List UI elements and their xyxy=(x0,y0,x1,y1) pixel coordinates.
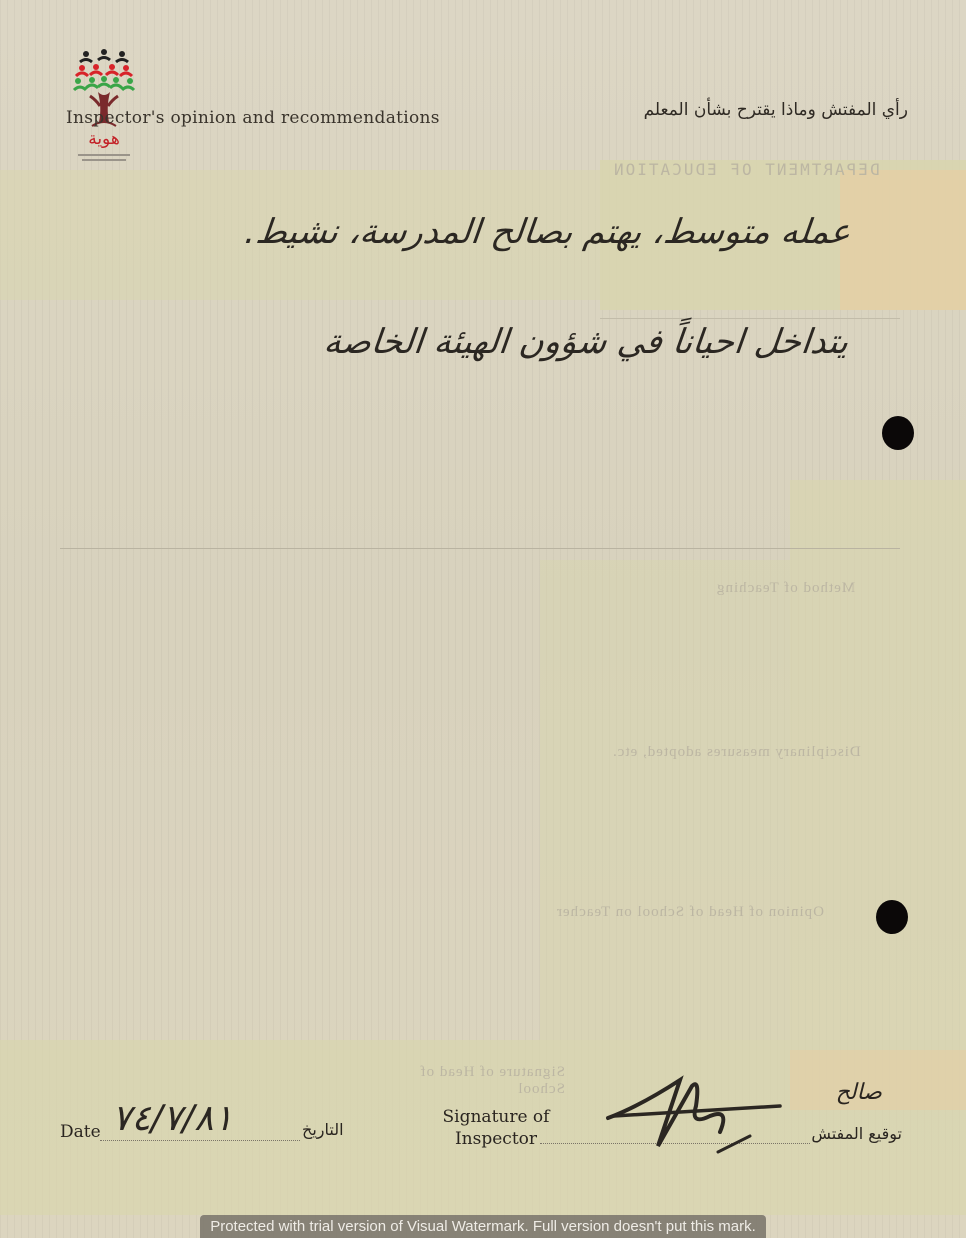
date-value-handwritten: ١٨/٧/٤٧ xyxy=(112,1098,233,1139)
scan-tint xyxy=(540,560,790,1040)
trial-watermark-banner: Protected with trial version of Visual W… xyxy=(200,1215,766,1238)
signature-label: Signature of Inspector xyxy=(440,1106,552,1150)
heading-arabic: رأي المفتش وماذا يقترح بشأن المعلم xyxy=(644,100,908,120)
scan-tint xyxy=(840,170,966,310)
date-label: Date xyxy=(60,1122,101,1142)
punch-hole xyxy=(882,416,914,450)
bleed-through-rule xyxy=(60,548,900,549)
signature-label-line-2: Inspector xyxy=(440,1128,552,1150)
heading-english: Inspector's opinion and recommendations xyxy=(66,108,440,128)
bleed-through-text: Signature of Head of School xyxy=(415,1064,565,1098)
date-label-arabic: التاريخ xyxy=(302,1120,344,1139)
signature-label-arabic: توقيع المفتش xyxy=(811,1124,902,1143)
bleed-through-text: DEPARTMENT OF EDUCATION xyxy=(612,160,880,179)
svg-text:هوية: هوية xyxy=(88,129,120,149)
inspector-signature xyxy=(600,1066,790,1162)
punch-hole xyxy=(876,900,908,934)
signature-label-line-1: Signature of xyxy=(440,1106,552,1128)
handwritten-recommendation-line-1: عمله متوسط، يهتم بصالح المدرسة، نشيط. xyxy=(242,212,852,252)
inspector-name-handwritten: صالح xyxy=(836,1080,882,1105)
bleed-through-text: Method of Teaching xyxy=(716,580,855,597)
bleed-through-text: Opinion of Head of School on Teacher xyxy=(556,904,824,921)
bleed-through-text: Disciplinary measures adopted, etc. xyxy=(612,744,861,761)
bleed-through-rule xyxy=(600,318,900,319)
date-dotted-line xyxy=(100,1140,300,1141)
handwritten-recommendation-line-2: يتداخل احياناً في شؤون الهيئة الخاصة xyxy=(322,322,850,362)
